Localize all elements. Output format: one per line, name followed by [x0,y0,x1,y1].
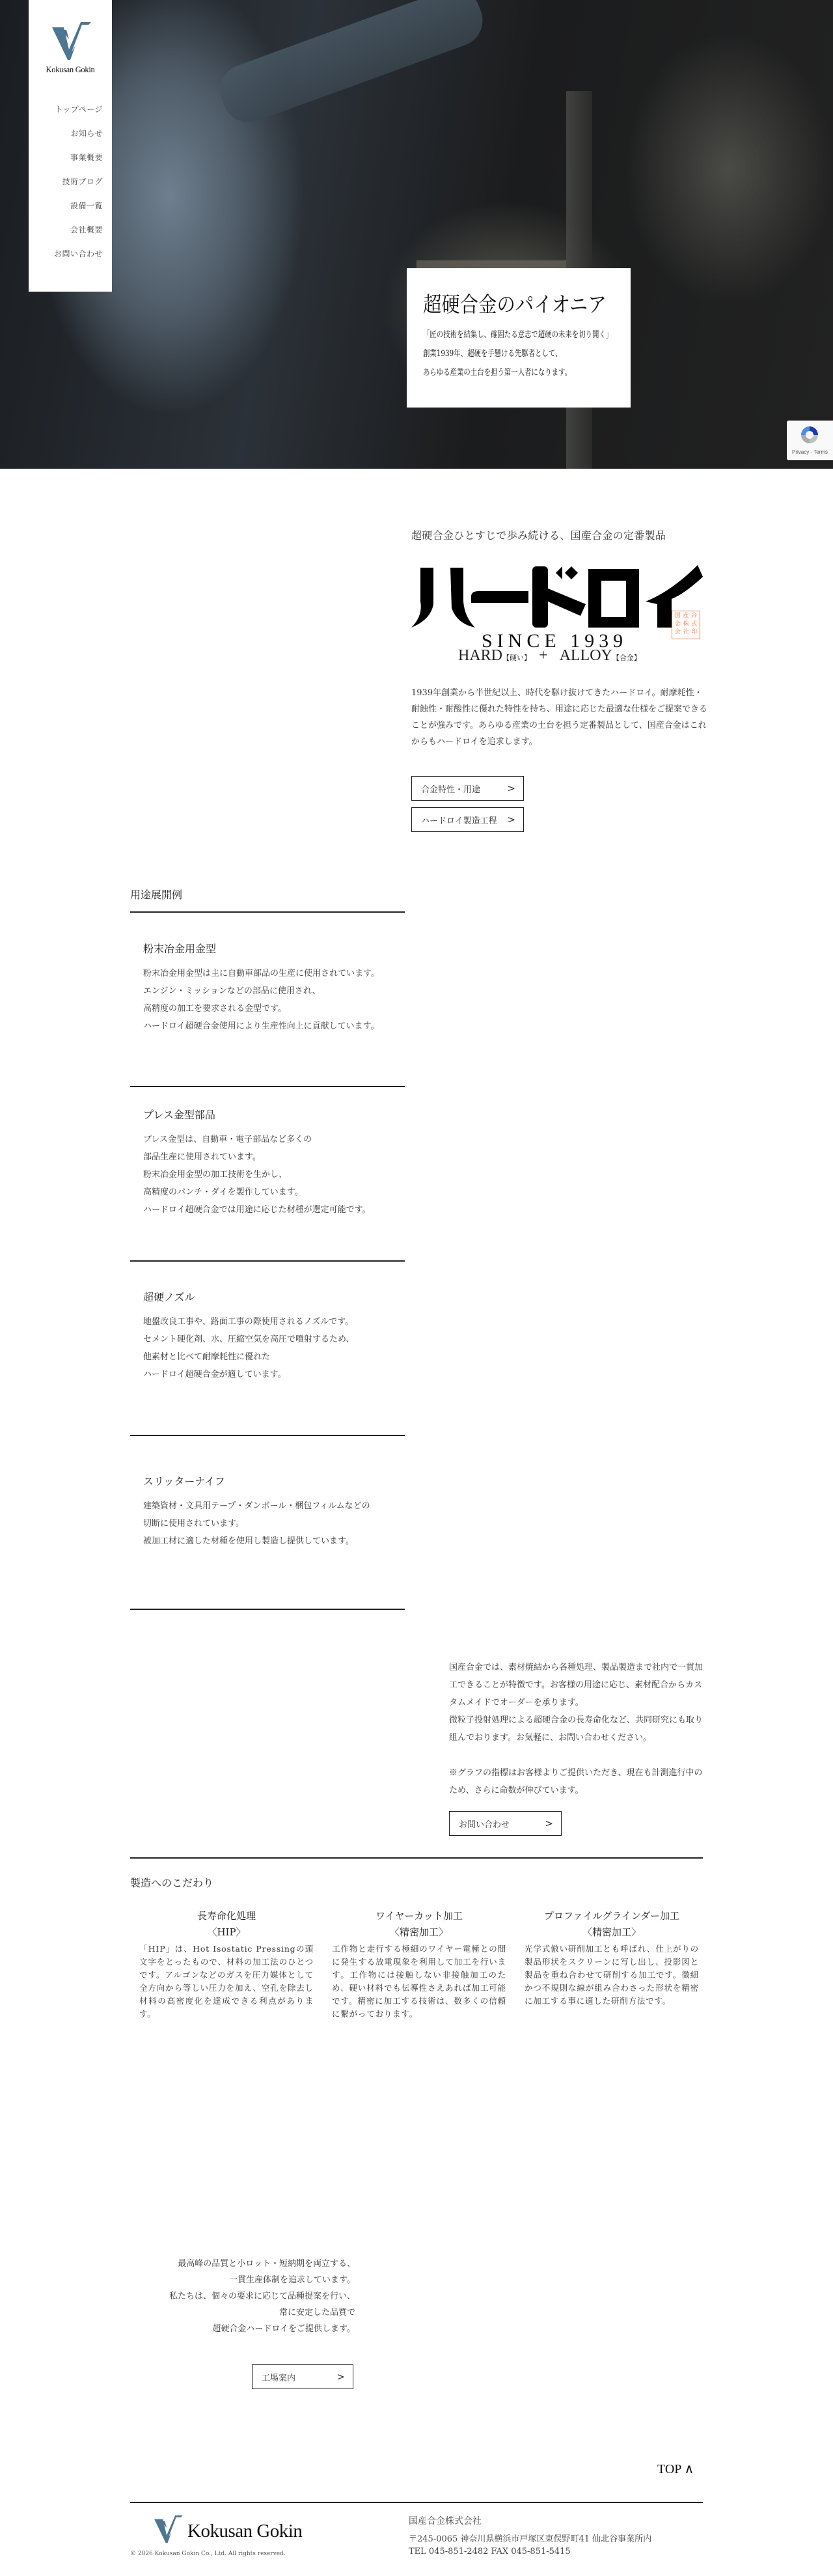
divider [130,1857,703,1859]
chevron-right-icon: > [507,782,515,794]
custom-order-text: 国産合金では、素材焼結から各種処理、製品製造まで社内で一貫加工できることが特徴で… [449,1659,709,1799]
application-item: プレス金型部品 プレス金型は、自動車・電子部品など多くの 部品生産に使用されてい… [143,1107,403,1219]
sidebar: Kokusan Gokin トップページ お知らせ 事業概要 技術ブログ 設備一… [29,0,112,292]
manufacturing-title: 製造へのこだわり [130,1875,213,1890]
chevron-right-icon: > [545,1818,553,1829]
contact-button[interactable]: お問い合わせ > [449,1811,562,1836]
divider [130,1086,405,1087]
product-tagline: 超硬合金ひとすじで歩み続ける、国産合金の定番製品 [411,527,666,542]
recaptcha-icon [799,424,820,445]
feature-profile-grinder: プロファイルグラインダー加工 〈精密加工〉 光学式倣い研削加工とも呼ばれ、仕上が… [525,1907,699,2008]
application-item: 超硬ノズル 地盤改良工事や、路面工事の際使用されるノズルです。 セメント硬化剤、… [143,1289,403,1383]
hero-line: あらゆる産業の土台を担う第一人者になります。 [423,368,571,378]
company-name: 国産合金株式会社 [409,2514,482,2527]
nav-item-business[interactable]: 事業概要 [54,151,103,175]
chevron-right-icon: > [507,814,515,825]
divider [130,1609,405,1610]
main-nav: トップページ お知らせ 事業概要 技術ブログ 設備一覧 会社概要 お問い合わせ [54,103,103,271]
nav-item-company[interactable]: 会社概要 [54,223,103,247]
company-address: 〒245-0065 神奈川県横浜市戸塚区東俣野町41 仙北谷事業所内 [409,2532,651,2544]
company-seal: 国産合 金株式 会社印 [672,611,700,639]
chevron-right-icon: > [336,2371,345,2383]
product-description: 1939年創業から半世紀以上、時代を駆け抜けてきたハードロイ。耐摩耗性・耐蝕性・… [411,685,708,750]
alloy-properties-button[interactable]: 合金特性・用途 > [411,776,524,801]
recaptcha-badge[interactable]: Privacy - Terms [787,421,833,460]
feature-wire-cut: ワイヤーカット加工 〈精密加工〉 工作物と走行する極細のワイヤー電極との間に発生… [332,1907,506,2021]
closing-text: 最高峰の品質と小ロット・短納期を両立する、 一貫生産体制を追求しています。 私た… [130,2256,355,2337]
hero-text: 「匠の技術を結集し、確固たる意志で超硬の未来を切り開く」 創業1939年、超硬を… [423,325,589,382]
manufacturing-process-button[interactable]: ハードロイ製造工程 > [411,807,524,832]
footer-logo-text: Kokusan Gokin [187,2521,302,2542]
divider [130,1435,405,1436]
nav-item-equipment[interactable]: 設備一覧 [54,199,103,223]
factory-guide-button[interactable]: 工場案内 > [252,2364,353,2389]
logo-icon [154,2514,184,2545]
nav-item-contact[interactable]: お問い合わせ [54,247,103,271]
company-phone: TEL 045-851-2482 FAX 045-851-5415 [409,2547,571,2556]
divider [130,1260,405,1262]
nav-item-top[interactable]: トップページ [54,103,103,127]
logo-text: Kokusan Gokin [29,65,112,75]
hero-title: 超硬合金のパイオニア [423,292,601,318]
application-item: スリッターナイフ 建築資材・文具用テープ・ダンボール・梱包フィルムなどの 切断に… [143,1473,403,1550]
applications-title: 用途展開例 [130,887,182,902]
logo-icon [52,20,91,62]
hero-line: 創業1939年、超硬を手懸ける先駆者として、 [423,349,562,359]
footer-divider [130,2502,703,2503]
divider [130,911,405,913]
copyright: © 2026 Kokusan Gokin Co., Ltd. All right… [130,2551,286,2557]
hero-photo-detail [213,0,489,130]
back-to-top-link[interactable]: TOP ∧ [657,2461,694,2477]
hardloy-logo: ハードロイ [411,565,703,628]
recaptcha-links[interactable]: Privacy - Terms [787,449,833,455]
nav-item-news[interactable]: お知らせ [54,127,103,151]
hero-text-box: 超硬合金のパイオニア 「匠の技術を結集し、確固たる意志で超硬の未来を切り開く」 … [407,268,631,408]
feature-hip: 長寿命化処理 〈HIP〉 「HIP」は、Hot Isostatic Pressi… [139,1907,314,2021]
nav-item-tech-blog[interactable]: 技術ブログ [54,175,103,199]
hard-alloy-caption: HARD【硬い】 + ALLOY【合金】 [458,647,641,665]
hero-line: 「匠の技術を結集し、確固たる意志で超硬の未来を切り開く」 [423,330,612,340]
application-item: 粉末冶金用金型 粉末冶金用金型は主に自動車部品の生産に使用されています。 エンジ… [143,941,403,1035]
